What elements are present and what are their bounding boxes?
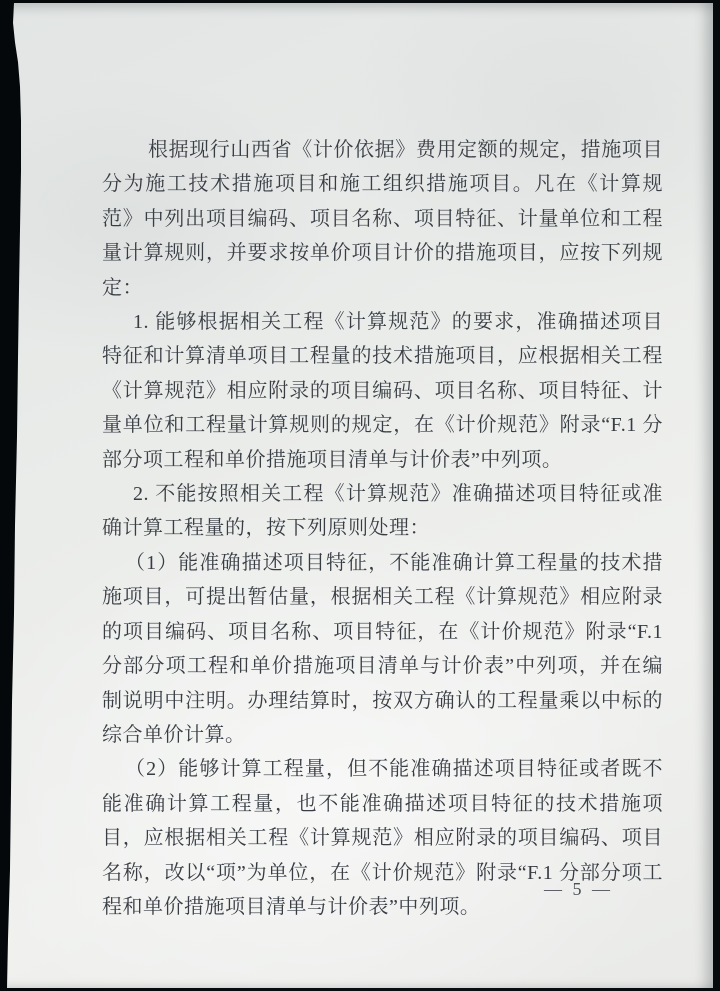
body-paragraph: 根据现行山西省《计价依据》费用定额的规定，措施项目分为施工技术措施项目和施工组织… [102, 133, 663, 305]
page-number: — 5 — [544, 879, 613, 900]
document-body: 根据现行山西省《计价依据》费用定额的规定，措施项目分为施工技术措施项目和施工组织… [0, 3, 713, 924]
body-paragraph: 2. 不能按照相关工程《计算规范》准确描述项目特征或准确计算工程量的，按下列原则… [102, 477, 663, 546]
scanned-page: 根据现行山西省《计价依据》费用定额的规定，措施项目分为施工技术措施项目和施工组织… [0, 3, 713, 988]
body-paragraph: （1）能准确描述项目特征，不能准确计算工程量的技术措施项目，可提出暂估量，根据相… [102, 546, 663, 752]
body-paragraph: 1. 能够根据相关工程《计算规范》的要求，准确描述项目特征和计算清单项目工程量的… [102, 305, 663, 477]
